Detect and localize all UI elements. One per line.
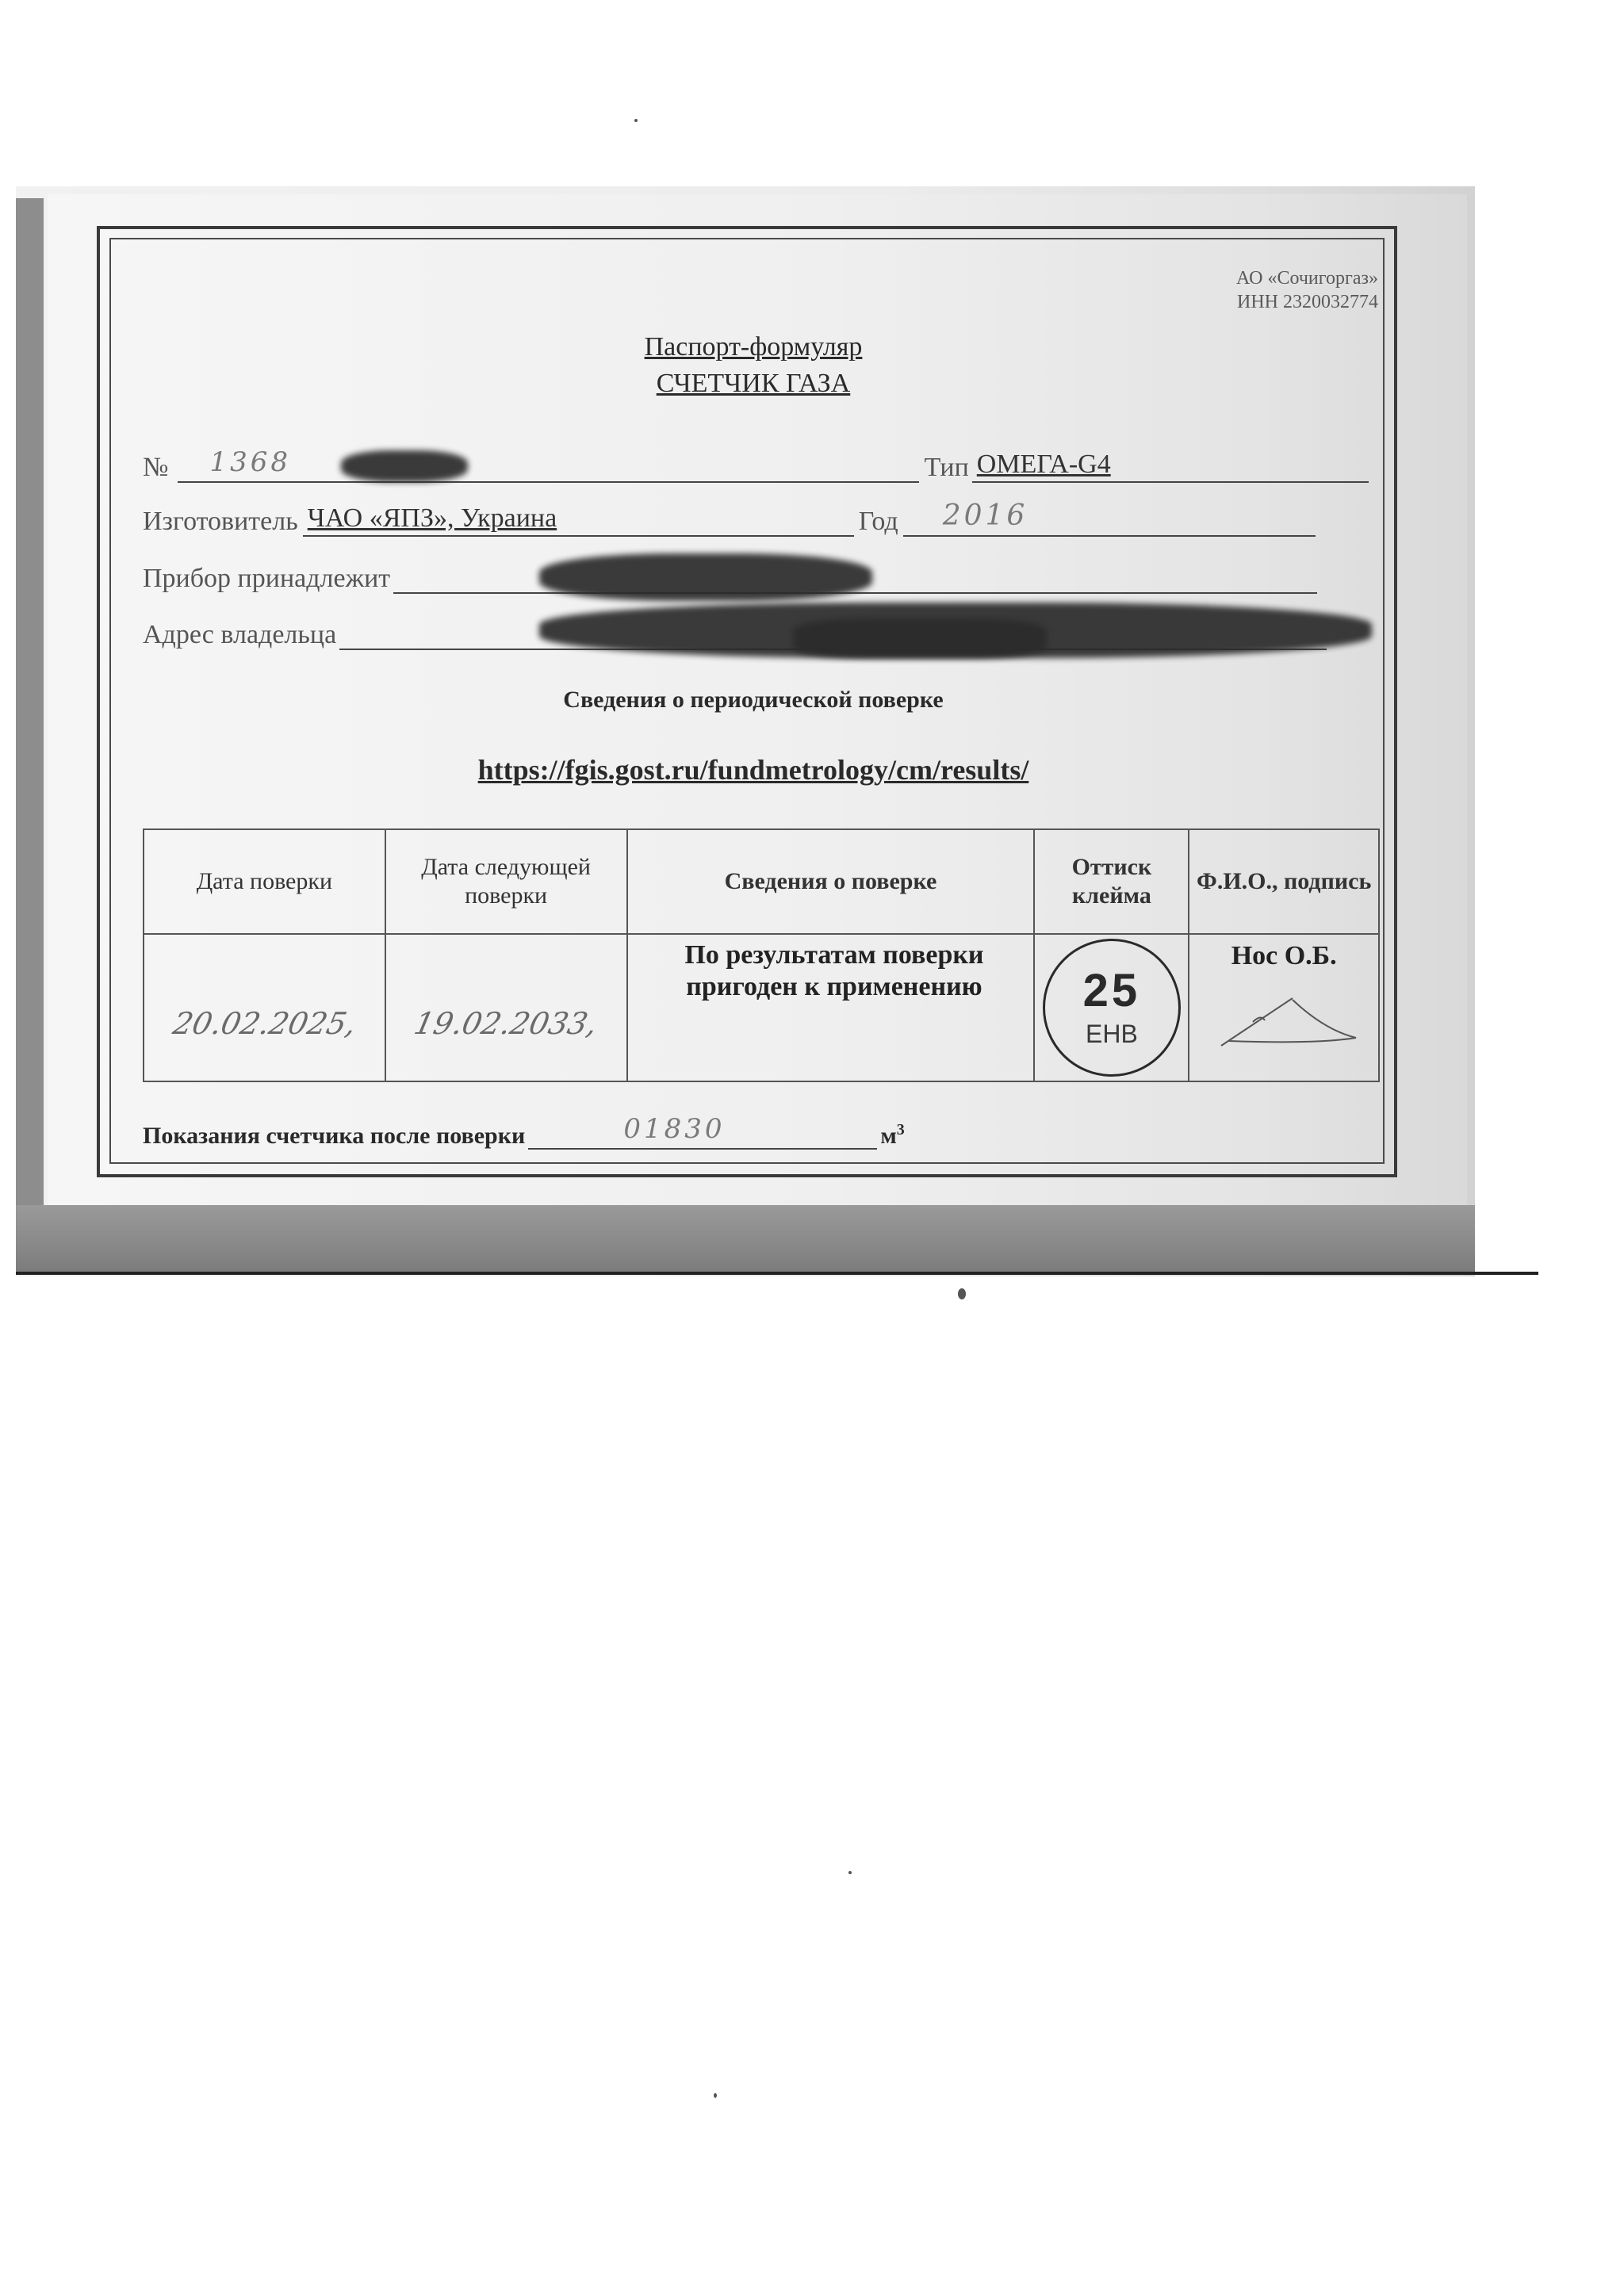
- scan-speck: [634, 119, 638, 122]
- photo-bottom-edge: [16, 1272, 1538, 1275]
- header-verification-date: Дата поверки: [144, 829, 385, 934]
- scan-speck: [848, 1871, 852, 1874]
- type-value: OMEГА-G4: [972, 450, 1111, 480]
- header-verification-info: Сведения о поверке: [627, 829, 1035, 934]
- issuer-block: АО «Сочигоргаз» ИНН 2320032774: [1236, 266, 1378, 314]
- issuer-inn: ИНН 2320032774: [1236, 290, 1378, 314]
- issuer-name: АО «Сочигоргаз»: [1236, 266, 1378, 290]
- unit-exponent: 3: [897, 1121, 905, 1138]
- stamp-number: 25: [1083, 967, 1141, 1015]
- verification-section-title: Сведения о периодической поверке: [0, 687, 1507, 714]
- unit-base: м: [880, 1123, 896, 1149]
- year-field: 2016: [903, 505, 1316, 537]
- number-label: №: [143, 453, 168, 483]
- cell-stamp: 25 ЕНВ: [1034, 934, 1189, 1081]
- field-row-manufacturer-year: Изготовитель ЧАО «ЯПЗ», Украина Год 2016: [143, 502, 1316, 537]
- cell-next-verification-date: 19.02.2033,: [385, 934, 627, 1081]
- address-label: Адрес владельца: [143, 620, 336, 650]
- verification-date-handwritten: 20.02.2025,: [170, 1006, 359, 1041]
- verification-stamp: 25 ЕНВ: [1043, 939, 1181, 1077]
- header-inspector: Ф.И.О., подпись: [1189, 829, 1379, 934]
- meter-reading-row: Показания счетчика после поверки 01830 м…: [143, 1118, 905, 1150]
- meter-reading-field: 01830: [528, 1118, 877, 1150]
- year-handwritten: 2016: [943, 499, 1028, 532]
- inspector-name: Нос О.Б.: [1190, 941, 1377, 971]
- document-subtitle: СЧЕТЧИК ГАЗА: [0, 368, 1507, 400]
- cell-inspector: Нос О.Б.: [1189, 934, 1379, 1081]
- table-header-row: Дата поверки Дата следующей поверки Свед…: [144, 829, 1379, 934]
- manufacturer-value: ЧАО «ЯПЗ», Украина: [303, 503, 557, 534]
- manufacturer-label: Изготовитель: [143, 507, 298, 537]
- field-row-number-type: № 1368 Тип OMEГА-G4: [143, 448, 1369, 483]
- meter-reading-label: Показания счетчика после поверки: [143, 1123, 525, 1150]
- number-handwritten: 1368: [209, 446, 291, 478]
- manufacturer-field: ЧАО «ЯПЗ», Украина: [303, 505, 854, 537]
- redaction-owner: [539, 553, 872, 601]
- table-row: 20.02.2025, 19.02.2033, По результатам п…: [144, 934, 1379, 1081]
- verification-link[interactable]: https://fgis.gost.ru/fundmetrology/cm/re…: [0, 753, 1507, 786]
- redaction-address-2: [793, 618, 1047, 658]
- table-surface: [16, 1205, 1475, 1275]
- meter-reading-unit: м3: [880, 1121, 904, 1150]
- meter-reading-handwritten: 01830: [623, 1113, 725, 1145]
- signature-icon: [1205, 990, 1364, 1054]
- type-field: OMEГА-G4: [972, 451, 1369, 483]
- header-stamp: Оттиск клейма: [1034, 829, 1189, 934]
- header-next-verification-date: Дата следующей поверки: [385, 829, 627, 934]
- number-field: 1368: [178, 451, 919, 483]
- verification-table: Дата поверки Дата следующей поверки Свед…: [143, 828, 1380, 1082]
- type-label: Тип: [924, 453, 968, 483]
- redaction-number: [341, 450, 468, 482]
- cell-verification-date: 20.02.2025,: [144, 934, 385, 1081]
- cell-verification-info: По результатам поверки пригоден к примен…: [627, 934, 1035, 1081]
- year-label: Год: [859, 507, 898, 537]
- owner-label: Прибор принадлежит: [143, 564, 390, 594]
- stamp-code: ЕНВ: [1086, 1020, 1138, 1049]
- scan-speck: [714, 2093, 717, 2098]
- next-verification-date-handwritten: 19.02.2033,: [412, 1006, 601, 1041]
- scan-speck: [958, 1288, 966, 1299]
- document-title: Паспорт-формуляр: [0, 331, 1507, 363]
